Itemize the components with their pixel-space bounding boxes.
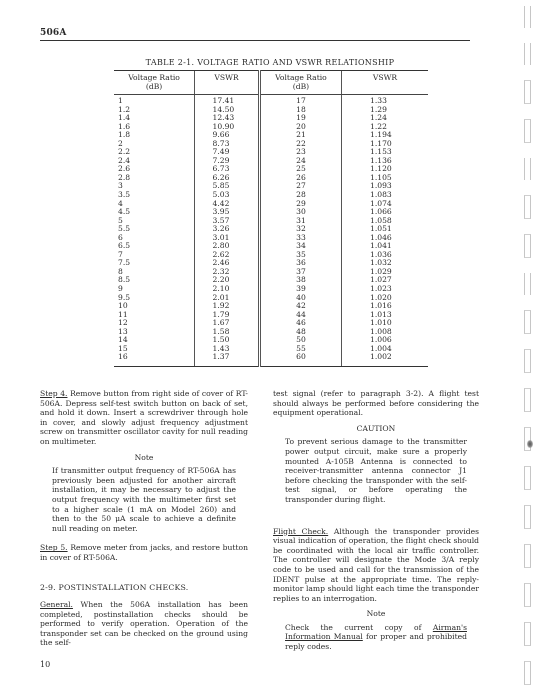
margin-mark bbox=[524, 43, 531, 65]
voltage-ratio-cell: 16 bbox=[114, 353, 195, 366]
header-vswr-1: VSWR bbox=[195, 71, 260, 95]
document-header-label: 506A bbox=[40, 28, 67, 38]
margin-mark bbox=[524, 583, 531, 607]
step-4-text: Remove button from right side of cover o… bbox=[40, 389, 248, 446]
margin-mark bbox=[524, 273, 531, 295]
margin-mark bbox=[524, 119, 531, 143]
continuation-paragraph: test signal (refer to paragraph 3-2). A … bbox=[273, 389, 479, 418]
scan-smudge bbox=[527, 440, 533, 448]
header-rule bbox=[40, 40, 470, 41]
table-header-row: Voltage Ratio(dB) VSWR Voltage Ratio(dB)… bbox=[114, 71, 428, 95]
vswr-cell: 1.37 bbox=[195, 353, 260, 366]
step-4-label: Step 4. bbox=[40, 389, 67, 398]
binder-margin-marks bbox=[524, 6, 534, 700]
margin-mark bbox=[524, 80, 531, 104]
note-heading: Note bbox=[40, 453, 248, 463]
caution-heading: CAUTION bbox=[273, 424, 479, 434]
note-text: If transmitter output frequency of RT-50… bbox=[52, 466, 236, 533]
voltage-vswr-table: Voltage Ratio(dB) VSWR Voltage Ratio(dB)… bbox=[114, 70, 428, 367]
margin-mark bbox=[524, 349, 531, 373]
margin-mark bbox=[524, 310, 531, 334]
table-row: 117.41171.33 bbox=[114, 95, 428, 106]
step-4-paragraph: Step 4. Remove button from right side of… bbox=[40, 389, 248, 447]
margin-mark bbox=[524, 544, 531, 568]
voltage-ratio-cell: 8.5 bbox=[114, 276, 195, 285]
margin-mark bbox=[524, 195, 531, 219]
step-5-text: Remove meter from jacks, and restore but… bbox=[40, 543, 248, 562]
note-text-right: Check the current copy of Airman's Infor… bbox=[285, 623, 467, 652]
right-column: test signal (refer to paragraph 3-2). A … bbox=[273, 389, 479, 652]
voltage-ratio-cell: 3.5 bbox=[114, 191, 195, 200]
flight-check-paragraph: Flight Check. Although the transponder p… bbox=[273, 527, 479, 604]
step-5-paragraph: Step 5. Remove meter from jacks, and res… bbox=[40, 543, 248, 562]
header-voltage-ratio-2: Voltage Ratio(dB) bbox=[259, 71, 341, 95]
margin-mark bbox=[524, 388, 531, 412]
margin-mark bbox=[524, 661, 531, 685]
vswr-cell: 17.41 bbox=[195, 95, 260, 106]
voltage-ratio-cell: 6.5 bbox=[114, 242, 195, 251]
voltage-ratio-cell: 1 bbox=[114, 95, 195, 106]
table-title: TABLE 2-1. VOLTAGE RATIO AND VSWR RELATI… bbox=[110, 58, 430, 67]
section-heading: 2-9. POSTINSTALLATION CHECKS. bbox=[40, 583, 248, 593]
margin-mark bbox=[524, 6, 531, 28]
vswr-cell: 1.33 bbox=[342, 95, 428, 106]
general-paragraph: General. When the 506A installation has … bbox=[40, 600, 248, 648]
left-column: Step 4. Remove button from right side of… bbox=[40, 389, 248, 648]
page-number: 10 bbox=[40, 660, 50, 669]
flight-check-text: Although the transponder provides visual… bbox=[273, 527, 479, 603]
header-vswr-2: VSWR bbox=[342, 71, 428, 95]
voltage-ratio-cell: 1.8 bbox=[114, 131, 195, 140]
general-label: General. bbox=[40, 600, 73, 609]
note-heading-right: Note bbox=[273, 609, 479, 619]
voltage-ratio-cell: 2.8 bbox=[114, 174, 195, 183]
table-body: 117.41171.331.214.50181.291.412.43191.24… bbox=[114, 95, 428, 367]
voltage-ratio-cell: 7.5 bbox=[114, 259, 195, 268]
margin-mark bbox=[524, 466, 531, 490]
voltage-ratio-cell: 4.5 bbox=[114, 208, 195, 217]
margin-mark bbox=[524, 622, 531, 646]
voltage-ratio-cell: 5.5 bbox=[114, 225, 195, 234]
flight-check-label: Flight Check. bbox=[273, 527, 328, 536]
margin-mark bbox=[524, 505, 531, 529]
vswr-cell: 1.002 bbox=[342, 353, 428, 366]
margin-mark bbox=[524, 158, 531, 180]
header-voltage-ratio-1: Voltage Ratio(dB) bbox=[114, 71, 195, 95]
margin-mark bbox=[524, 234, 531, 258]
step-5-label: Step 5. bbox=[40, 543, 68, 552]
table-row: 161.37601.002 bbox=[114, 353, 428, 366]
caution-text: To prevent serious damage to the transmi… bbox=[285, 437, 467, 504]
voltage-ratio-cell: 60 bbox=[259, 353, 341, 366]
